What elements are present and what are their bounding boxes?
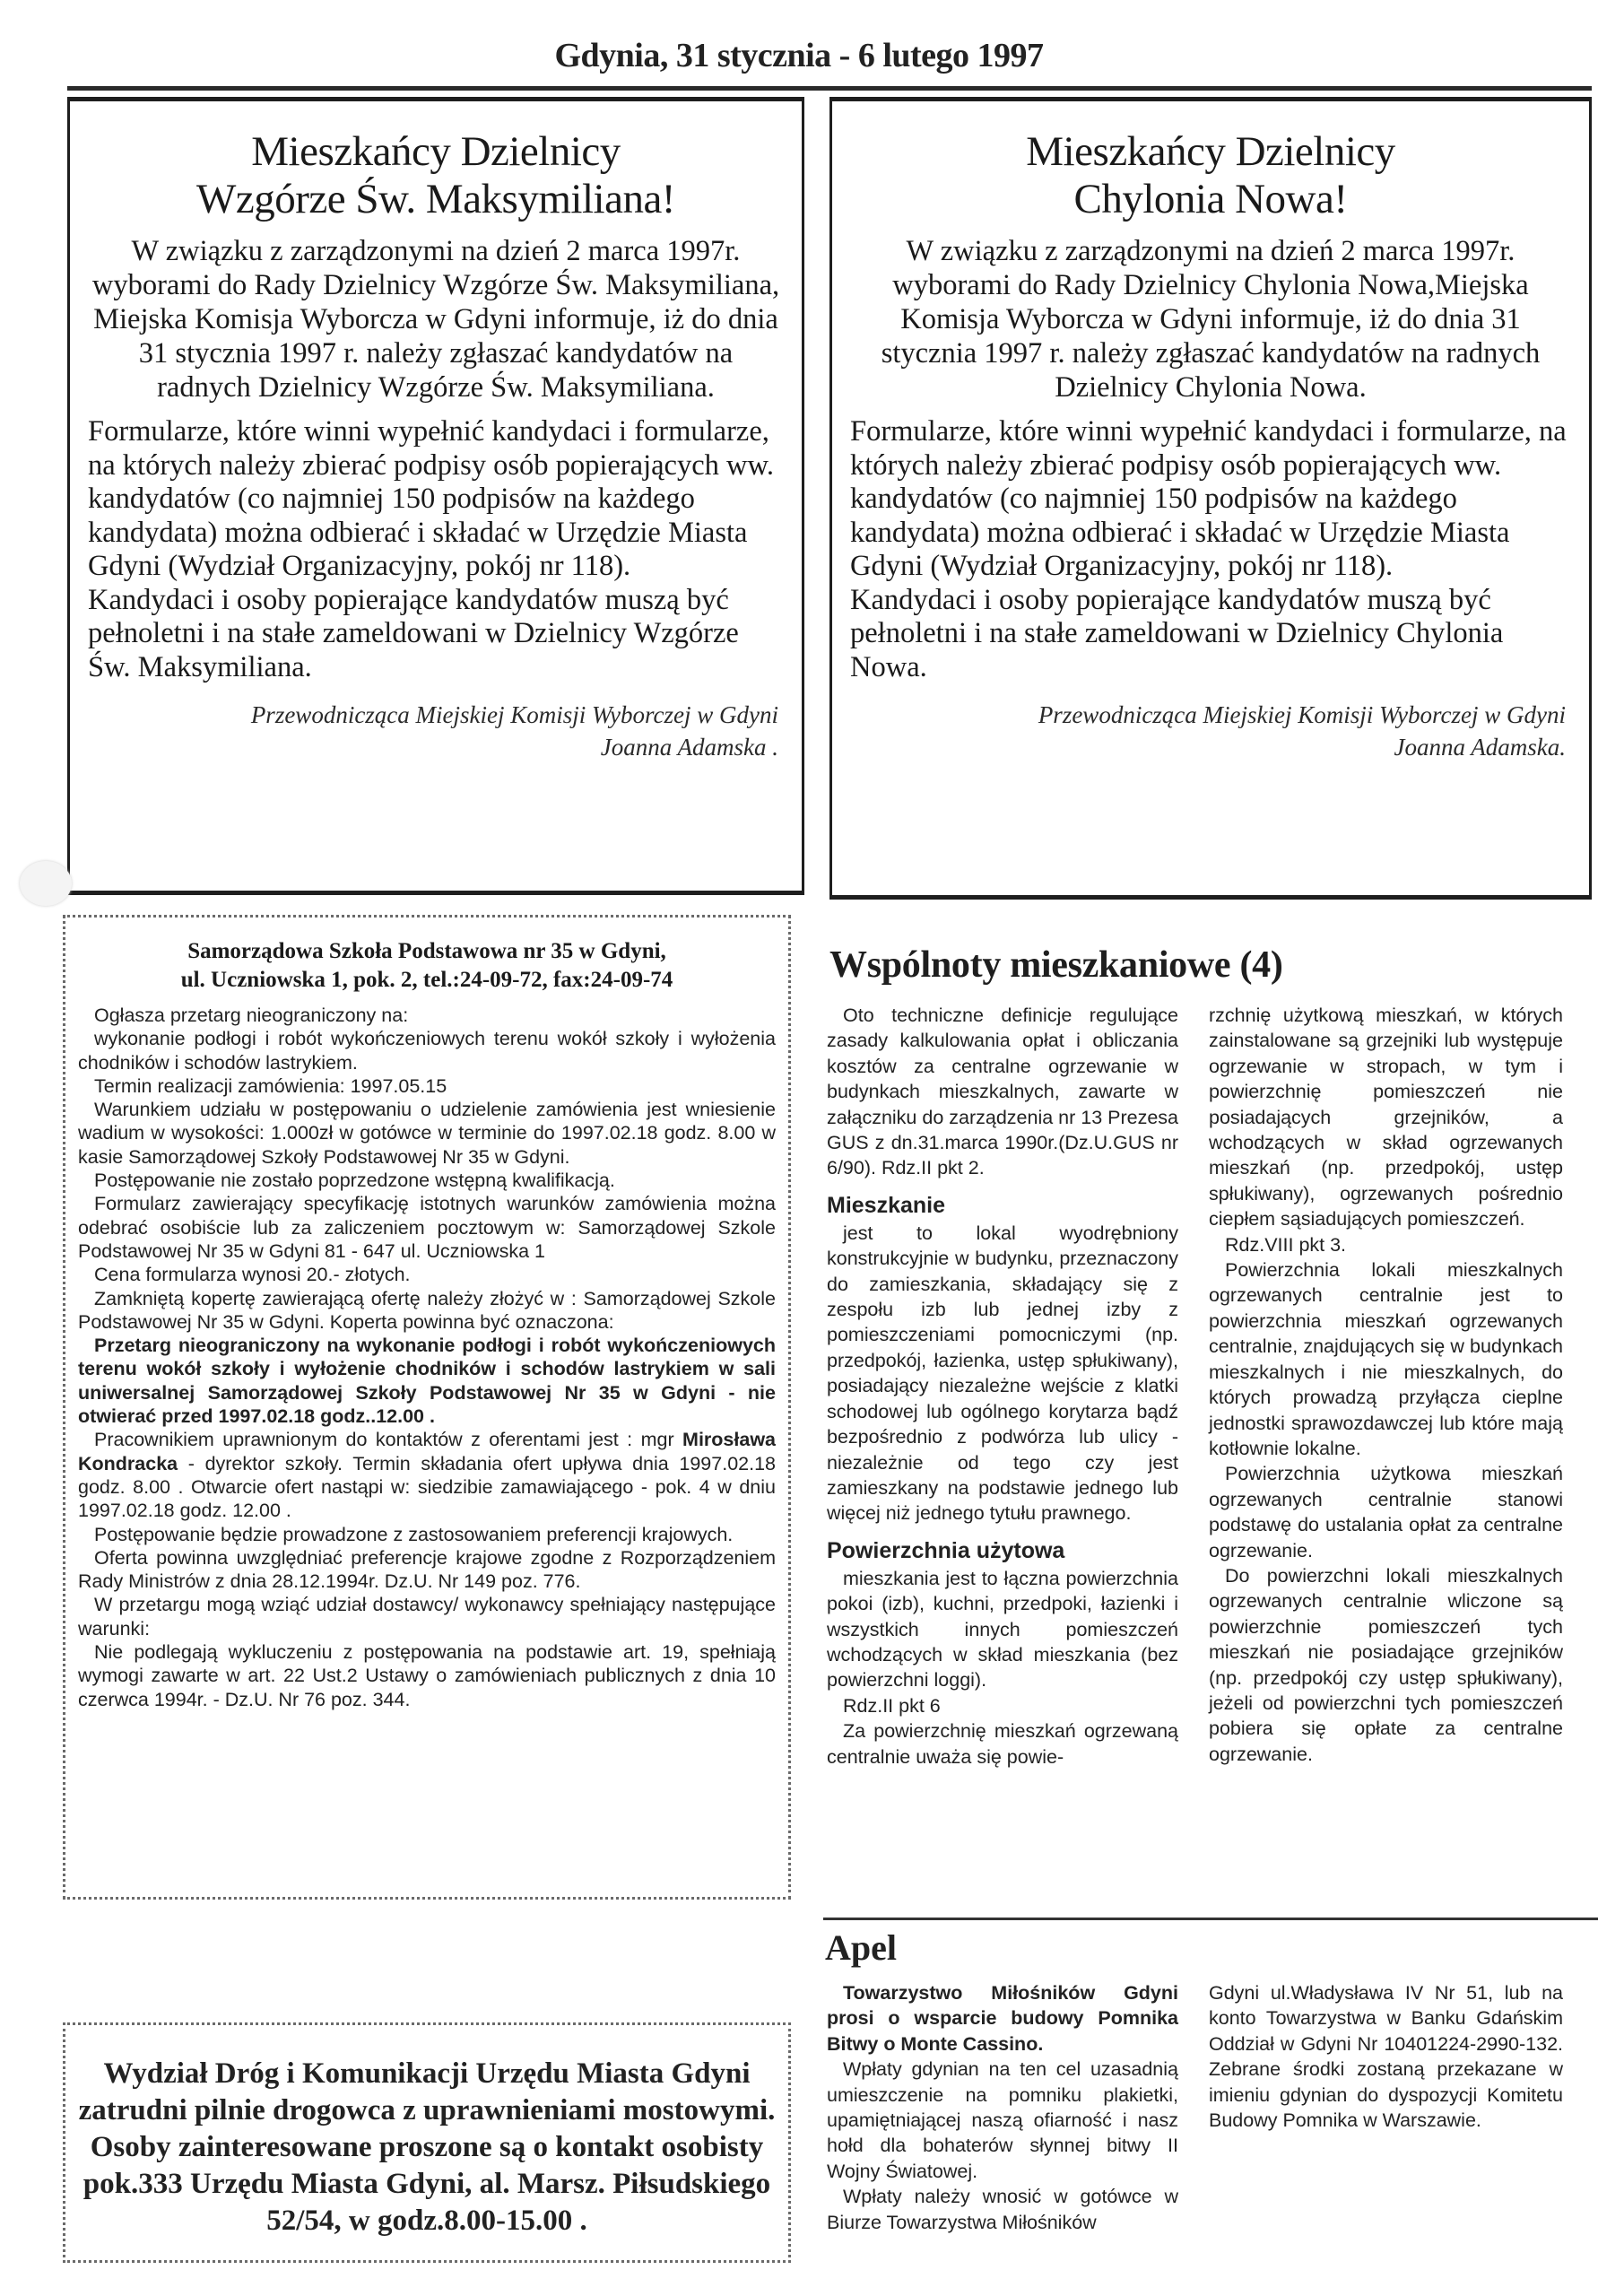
tender-address: ul. Uczniowska 1, pok. 2, tel.:24-09-72,… xyxy=(78,966,776,995)
signature: Przewodnicząca Miejskiej Komisji Wyborcz… xyxy=(832,699,1566,763)
signature: Przewodnicząca Miejskiej Komisji Wyborcz… xyxy=(70,699,778,763)
signature-role: Przewodnicząca Miejskiej Komisji Wyborcz… xyxy=(832,699,1566,731)
tender-p14: Nie podlegają wykluczeniu z postępowania… xyxy=(78,1640,776,1711)
tender-p4: Warunkiem udziału w postępowaniu o udzie… xyxy=(78,1098,776,1169)
apel-column-1: Towarzystwo Miłośników Gdyni prosi o wsp… xyxy=(827,1980,1178,2235)
para-usable-area: Powierzchnia użytkowa mieszkań ogrzewany… xyxy=(1209,1461,1563,1563)
apel-title: Apel xyxy=(825,1926,897,1969)
title-line-1: Mieszkańcy Dzielnicy xyxy=(70,128,802,176)
apel-column-2: Gdyni ul.Władysława IV Nr 51, lub na kon… xyxy=(1209,1980,1563,2133)
para-heated-area-cont: rzchnię użytkową mieszkań, w których zai… xyxy=(1209,1003,1563,1232)
reference-1: Rdz.II pkt 6 xyxy=(827,1693,1178,1718)
subheading-powierzchnia: Powierzchnia użytowa xyxy=(827,1535,1178,1566)
tender-p11: Postępowanie będzie prowadzone z zastoso… xyxy=(78,1523,776,1546)
contact-pre: Pracownikiem uprawnionym do kontaktów z … xyxy=(94,1429,682,1450)
definition-powierzchnia: mieszkania jest to łączna powierzchnia p… xyxy=(827,1566,1178,1693)
title-line-2: Wzgórze Św. Maksymiliana! xyxy=(70,176,802,223)
job-ad: Wydział Dróg i Komunikacji Urzędu Miasta… xyxy=(63,2022,791,2263)
article-column-2: rzchnię użytkową mieszkań, w których zai… xyxy=(1209,1003,1563,1767)
apel-rule xyxy=(823,1918,1598,1920)
notice-wzgorze: Mieszkańcy Dzielnicy Wzgórze Św. Maksymi… xyxy=(67,97,804,895)
para-local-area: Powierzchnia lokali mieszkalnych ogrzewa… xyxy=(1209,1257,1563,1461)
tender-p12: Oferta powinna uwzględniać preferencje k… xyxy=(78,1546,776,1594)
tender-notice: Samorządowa Szkoła Podstawowa nr 35 w Gd… xyxy=(63,915,791,1900)
notice-lead: W związku z zarządzonymi na dzień 2 marc… xyxy=(852,234,1569,404)
masthead-date: Gdynia, 31 stycznia - 6 lutego 1997 xyxy=(0,36,1598,75)
title-line-1: Mieszkańcy Dzielnicy xyxy=(832,128,1589,176)
notice-body-forms: Formularze, które winni wypełnić kandyda… xyxy=(850,415,1573,584)
header-rule xyxy=(67,86,1592,91)
subheading-mieszkanie: Mieszkanie xyxy=(827,1190,1178,1221)
notice-body-forms: Formularze, które winni wypełnić kandyda… xyxy=(88,415,786,584)
notice-body-eligibility: Kandydaci i osoby popierające kandydatów… xyxy=(850,584,1573,685)
tender-p5: Postępowanie nie zostało poprzedzone wst… xyxy=(78,1169,776,1192)
tender-header: Samorządowa Szkoła Podstawowa nr 35 w Gd… xyxy=(78,937,776,995)
tender-p8: Zamkniętą kopertę zawierającą ofertę nal… xyxy=(78,1287,776,1335)
tender-p10: Pracownikiem uprawnionym do kontaktów z … xyxy=(78,1428,776,1522)
definition-mieszkanie: jest to lokal wyodrębniony konstrukcyjni… xyxy=(827,1221,1178,1526)
notice-title: Mieszkańcy Dzielnicy Wzgórze Św. Maksymi… xyxy=(70,128,802,223)
notice-title: Mieszkańcy Dzielnicy Chylonia Nowa! xyxy=(832,128,1589,223)
article-column-1: Oto techniczne definicje regulujące zasa… xyxy=(827,1003,1178,1770)
signature-role: Przewodnicząca Miejskiej Komisji Wyborcz… xyxy=(70,699,778,731)
reference-2: Rdz.VIII pkt 3. xyxy=(1209,1232,1563,1257)
notice-lead: W związku z zarządzonymi na dzień 2 marc… xyxy=(90,234,782,404)
punch-hole-icon xyxy=(20,861,72,906)
apel-p2: Wpłaty należy wnosić w gotówce w Biurze … xyxy=(827,2184,1178,2235)
notice-body-eligibility: Kandydaci i osoby popierające kandydatów… xyxy=(88,584,786,685)
tender-p3: Termin realizacji zamówienia: 1997.05.15 xyxy=(78,1074,776,1098)
para-included-rooms: Do powierzchni lokali mieszkalnych ogrze… xyxy=(1209,1563,1563,1767)
signature-name: Joanna Adamska. xyxy=(832,731,1566,763)
tender-p13: W przetargu mogą wziąć udział dostawcy/ … xyxy=(78,1593,776,1640)
apel-lead: Towarzystwo Miłośników Gdyni prosi o wsp… xyxy=(827,1980,1178,2057)
tender-p6: Formularz zawierający specyfikację istot… xyxy=(78,1192,776,1263)
signature-name: Joanna Adamska . xyxy=(70,731,778,763)
tender-p7: Cena formularza wynosi 20.- złotych. xyxy=(78,1263,776,1286)
notice-chylonia: Mieszkańcy Dzielnicy Chylonia Nowa! W zw… xyxy=(829,97,1592,900)
tender-p1: Ogłasza przetarg nieograniczony na: xyxy=(78,1004,776,1027)
tender-envelope-marking: Przetarg nieograniczony na wykonanie pod… xyxy=(78,1334,776,1428)
apel-p2-cont: Gdyni ul.Władysława IV Nr 51, lub na kon… xyxy=(1209,1980,1563,2133)
article-title: Wspólnoty mieszkaniowe (4) xyxy=(829,944,1283,987)
contact-post: - dyrektor szkoły. Termin składania ofer… xyxy=(78,1453,776,1522)
article-intro: Oto techniczne definicje regulujące zasa… xyxy=(827,1003,1178,1181)
title-line-2: Chylonia Nowa! xyxy=(832,176,1589,223)
para-heated-area: Za powierzchnię mieszkań ogrzewaną centr… xyxy=(827,1718,1178,1770)
tender-school-name: Samorządowa Szkoła Podstawowa nr 35 w Gd… xyxy=(78,937,776,966)
apel-p1: Wpłaty gdynian na ten cel uzasadnią umie… xyxy=(827,2057,1178,2184)
tender-p2: wykonanie podłogi i robót wykończeniowyc… xyxy=(78,1027,776,1074)
envelope-text: Przetarg nieograniczony na wykonanie pod… xyxy=(78,1335,776,1427)
